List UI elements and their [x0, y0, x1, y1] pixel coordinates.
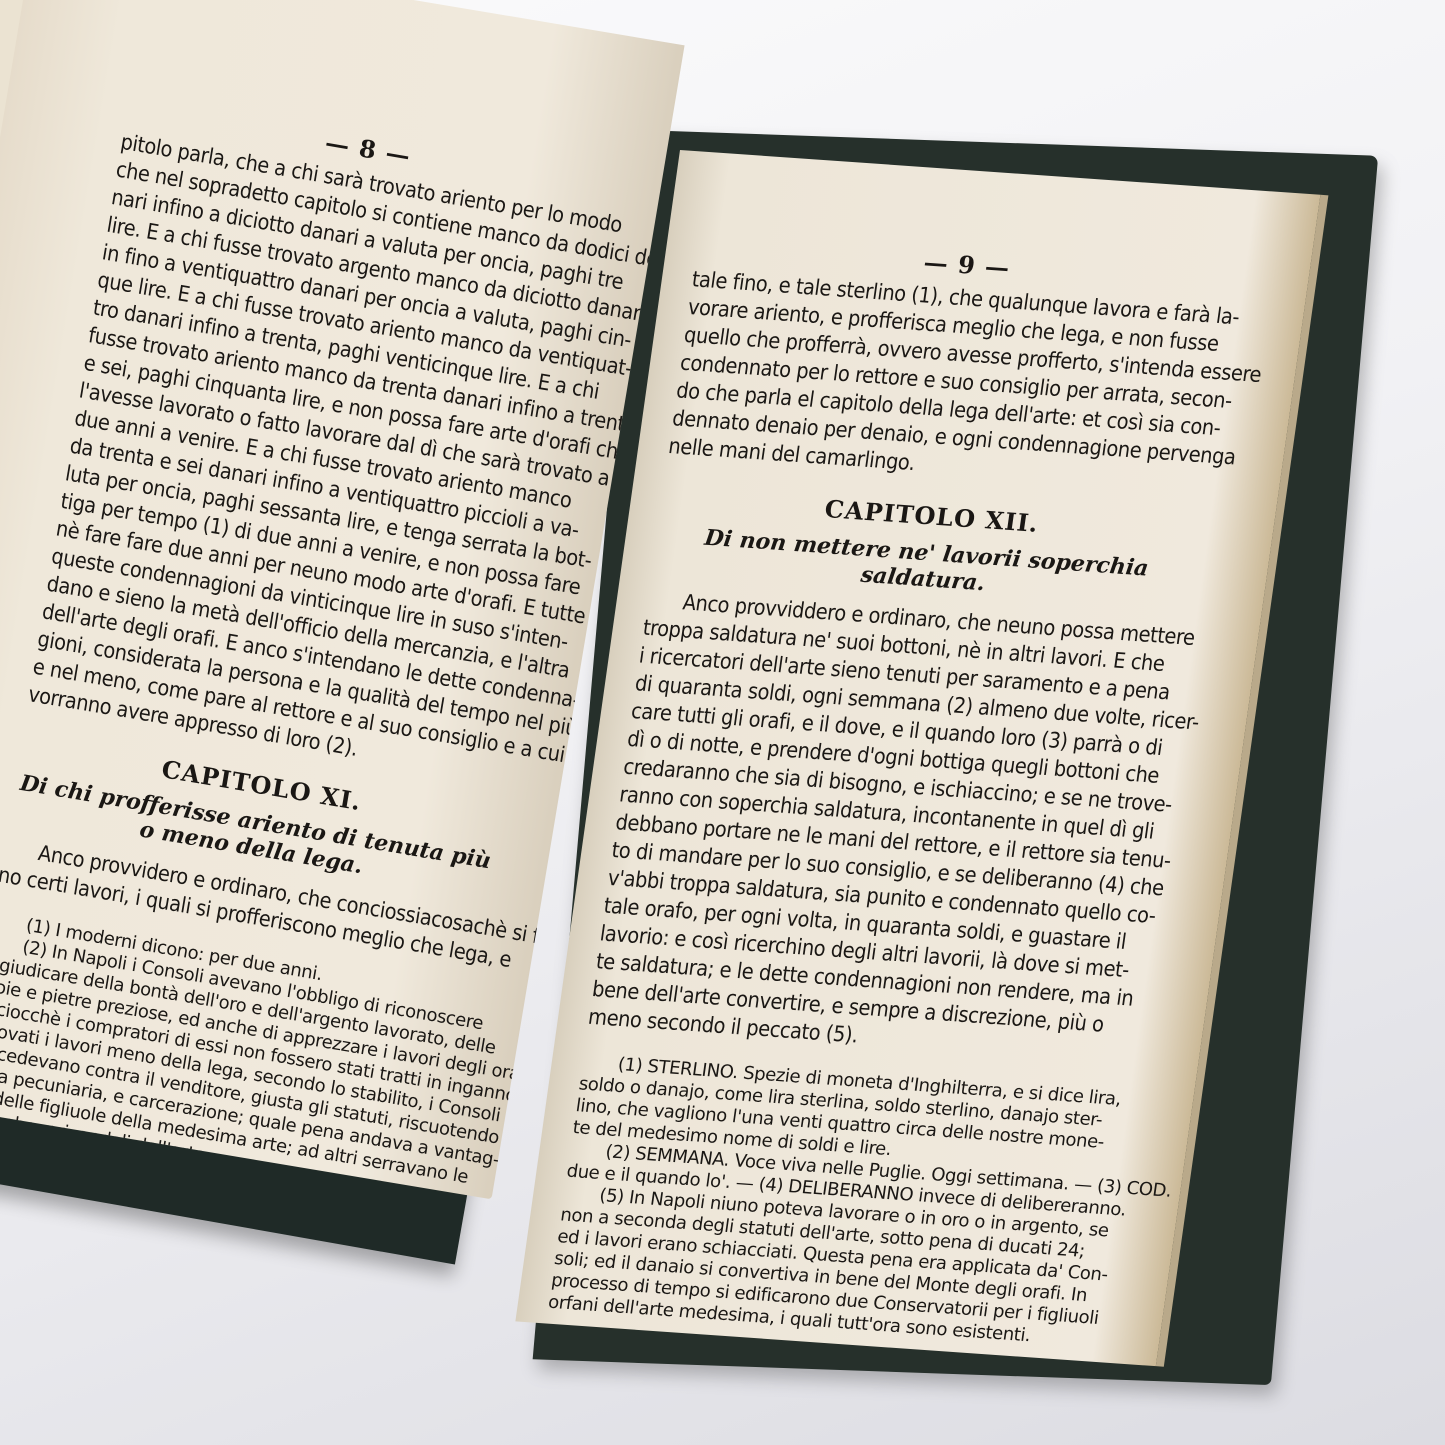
- footnotes: (1) STERLINO. Spezie di moneta d'Inghilt…: [547, 1051, 1125, 1351]
- page-body: tale fino, e tale sterlino (1), che qual…: [667, 266, 1235, 498]
- chapter-body: Anco provviddero e ordinaro, che neuno p…: [586, 587, 1189, 1070]
- page-body: pitolo parla, che a chi sarà trovato ari…: [26, 129, 606, 790]
- photo-scene: — 8 — pitolo parla, che a chi sarà trova…: [0, 0, 1445, 1445]
